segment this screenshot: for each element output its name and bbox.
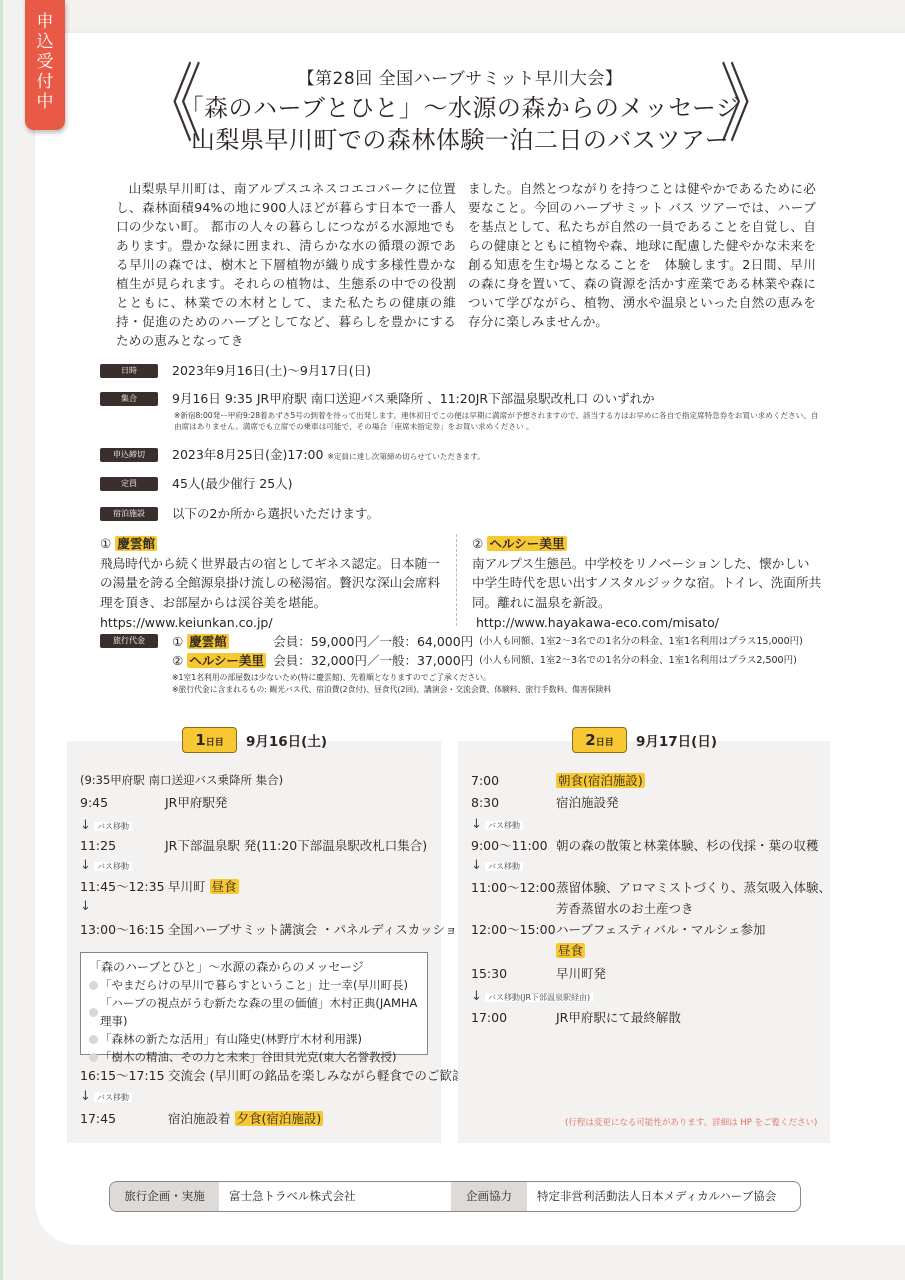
schedule-item: 7:00朝食(宿泊施設) (471, 772, 645, 790)
activity: JR下部温泉駅 発(11:20下部温泉駅改札口集合) (165, 838, 427, 853)
time: 15:30 (471, 965, 556, 983)
info-lodging: 宿泊施設 以下の2か所から選択いただけます。 (100, 505, 379, 523)
bullet-icon (89, 1053, 98, 1062)
intro-paragraph-left: 山梨県早川町は、南アルプスユネスコエコパークに位置し、森林面積94%の地に900… (116, 179, 456, 350)
time: 12:00〜15:00 (471, 921, 556, 939)
day2-header: 2日目 9月17日(日) (572, 727, 717, 753)
activity: JR甲府駅にて最終解散 (556, 1010, 681, 1025)
lodging-value: 以下の2か所から選択いただけます。 (172, 505, 379, 523)
label-badge: 旅行代金 (100, 634, 158, 648)
day-suffix: 日目 (596, 738, 614, 748)
time: 9:00〜11:00 (471, 837, 556, 855)
planner-label: 旅行企画・実施 (110, 1182, 219, 1211)
lecture-item: 「森林の新たな活用」有山隆史(林野庁木材利用課) (89, 1030, 419, 1048)
lecture-text: 「やまだらけの早川で暮らすということ」辻一幸(早川町長) (100, 976, 408, 994)
fee-section: 旅行代金 ① 慶雲館 会員：59,000円／一般：64,000円 (小人も同額、… (100, 632, 803, 696)
fee-notes: ※1室1名利用の部屋数は少ないため(特に慶雲館)、先着順となりますのでご了承くだ… (172, 672, 803, 696)
page-title: 「森のハーブとひと」〜水源の森からのメッセージ 山梨県早川町での森林体験一泊二日… (135, 92, 785, 156)
schedule-disclaimer: (行程は変更になる可能性があります。詳細は HP をご覧ください) (565, 1116, 817, 1128)
deadline-note: ※定員に達し次第締め切らせていただきます。 (327, 452, 484, 461)
hotel-number: ① (100, 536, 111, 551)
time: 17:45 (80, 1110, 168, 1128)
hotel-name: ヘルシー美里 (487, 536, 566, 551)
schedule-item: 9:00〜11:00朝の森の散策と林業体験、杉の伐採・葉の収穫 (471, 837, 819, 855)
info-capacity: 定員 45人(最少催行 25人) (100, 475, 293, 493)
info-deadline: 申込締切 2023年8月25日(金)17:00 ※定員に達し次第締め切らせていた… (100, 446, 485, 464)
coop-label: 企画協力 (451, 1182, 527, 1211)
tab-char: 申 (37, 12, 54, 32)
schedule-item: 15:30早川町発 (471, 965, 606, 983)
fee-hotel: 慶雲館 (187, 632, 273, 651)
bus-move: ↓バス移動 (80, 858, 132, 873)
down-arrow-icon: ↓ (471, 989, 485, 1004)
lecture-item: 「やまだらけの早川で暮らすということ」辻一幸(早川町長) (89, 976, 419, 994)
down-arrow-icon: ↓ (80, 1089, 94, 1104)
activity: 全国ハーブサミット講演会 ・パネルディスカッション (168, 922, 470, 937)
schedule-item: 17:45宿泊施設着 夕食(宿泊施設) (80, 1110, 323, 1128)
left-edge-strip (0, 0, 3, 1280)
meeting-block: 9月16日 9:35 JR甲府駅 南口送迎バス乗降所 、11:20JR下部温泉駅… (172, 390, 822, 432)
time: 11:25 (80, 837, 165, 855)
hotel-keiunkan: ① 慶雲館 飛鳥時代から続く世界最古の宿としてギネス認定。日本随一の湯量を誇る全… (100, 534, 450, 633)
activity: 早川町発 (556, 966, 606, 981)
footer-credits: 旅行企画・実施 富士急トラベル株式会社 企画協力 特定非営利活動法人日本メディカ… (109, 1181, 801, 1212)
info-date: 日時 2023年9月16日(土)〜9月17日(日) (100, 362, 371, 380)
time: 11:45〜12:35 (80, 878, 168, 896)
day-number: 1 (195, 731, 205, 749)
time: 8:30 (471, 794, 556, 812)
schedule-item: 8:30宿泊施設発 (471, 794, 619, 812)
day-number: 2 (585, 731, 595, 749)
activity: ハーブフェスティバル・マルシェ参加 (556, 922, 765, 937)
bullet-icon (89, 981, 98, 990)
activity: 交流会 (早川町の銘品を楽しみながら軽食でのご歓談) (168, 1068, 469, 1083)
bus-move: ↓バス移動(JR下部温泉駅経由) (471, 989, 593, 1004)
activity: 宿泊施設発 (556, 795, 619, 810)
schedule-item: 9:45JR甲府駅発 (80, 794, 227, 812)
meeting-note: ※新宿8:00発ー甲府9:28着あずさ5号の到着を待って出発します。連休初日でこ… (172, 410, 822, 432)
fee-hotel-name: ヘルシー美里 (187, 653, 266, 668)
lecture-item: 「樹木の精油、その力と未来」谷田貝光克(東大名誉教授) (89, 1048, 419, 1066)
meal-highlight: 昼食 (210, 879, 239, 894)
meal-highlight: 昼食 (556, 943, 585, 958)
hotel-healthy-misato: ② ヘルシー美里 南アルプス生態邑。中学校をリノベーションした、懐かしい中学生時… (472, 534, 822, 633)
activity: 朝の森の散策と林業体験、杉の伐採・葉の収穫 (556, 838, 819, 853)
activity-continued: 芳香蒸留水のお土産つき (556, 900, 694, 918)
fee-row: ② ヘルシー美里 会員：32,000円／一般：37,000円 (小人も同額、1室… (172, 651, 803, 670)
bus-move: ↓バス移動 (471, 817, 523, 832)
down-arrow-icon: ↓ (80, 899, 94, 914)
event-subtitle: 【第28回 全国ハーブサミット早川大会】 (135, 64, 785, 89)
hotel-number: ② (472, 536, 483, 551)
date-value: 2023年9月16日(土)〜9月17日(日) (172, 362, 371, 380)
move-label: バス移動(JR下部温泉駅経由) (485, 993, 593, 1002)
meal-line: 昼食 (556, 942, 585, 960)
day1-header: 1日目 9月16日(土) (182, 727, 327, 753)
info-meeting: 集合 9月16日 9:35 JR甲府駅 南口送迎バス乗降所 、11:20JR下部… (100, 390, 822, 432)
move-label: バス移動 (94, 1093, 132, 1102)
fee-note-line: ※1室1名利用の部屋数は少ないため(特に慶雲館)、先着順となりますのでご了承くだ… (172, 672, 803, 684)
fee-number: ② (172, 651, 183, 670)
activity: 早川町 (168, 879, 206, 894)
fee-price: 会員：59,000円／一般：64,000円 (273, 632, 473, 651)
label-badge: 集合 (100, 392, 158, 406)
day1-meeting-note: (9:35甲府駅 南口送迎バス乗降所 集合) (80, 771, 283, 789)
schedule-item: 11:00〜12:00蒸留体験、アロマミストづくり、蒸気吸入体験、 (471, 879, 831, 897)
down-arrow-icon: ↓ (471, 858, 485, 873)
lecture-text: 「森林の新たな活用」有山隆史(林野庁木材利用課) (100, 1030, 362, 1048)
move-label: バス移動 (94, 822, 132, 831)
lecture-box: 「森のハーブとひと」〜水源の森からのメッセージ 「やまだらけの早川で暮らすという… (80, 952, 428, 1055)
planner-value: 富士急トラベル株式会社 (219, 1182, 451, 1211)
hotel-url-link[interactable]: https://www.keiunkan.co.jp/ (100, 613, 450, 633)
day-badge: 2日目 (572, 727, 627, 753)
time: 13:00〜16:15 (80, 921, 168, 939)
day-badge: 1日目 (182, 727, 237, 753)
schedule-item: 13:00〜16:15全国ハーブサミット講演会 ・パネルディスカッション (80, 921, 470, 939)
move-label: バス移動 (94, 862, 132, 871)
coop-value: 特定非営利活動法人日本メディカルハーブ協会 (527, 1182, 776, 1211)
tab-char: 付 (37, 72, 54, 92)
time: 9:45 (80, 794, 165, 812)
lecture-item: 「ハーブの視点がうむ新たな森の里の価値」木村正典(JAMHA理事) (89, 994, 419, 1030)
down-arrow: ↓ (80, 899, 94, 914)
fee-hotel-name: 慶雲館 (187, 634, 229, 649)
title-block: 《 》 【第28回 全国ハーブサミット早川大会】 「森のハーブとひと」〜水源の森… (135, 57, 785, 157)
schedule-item: 17:00JR甲府駅にて最終解散 (471, 1009, 681, 1027)
title-line-1: 「森のハーブとひと」〜水源の森からのメッセージ (135, 92, 785, 124)
move-label: バス移動 (485, 862, 523, 871)
intro-paragraph-right: ました。自然とつながりを持つことは健やかであるために必要なこと。今回のハーブサミ… (468, 179, 816, 331)
fee-rows: ① 慶雲館 会員：59,000円／一般：64,000円 (小人も同額、1室2〜3… (172, 632, 803, 696)
label-badge: 定員 (100, 477, 158, 491)
down-arrow-icon: ↓ (471, 817, 485, 832)
dashed-divider (456, 534, 457, 626)
label-badge: 申込締切 (100, 448, 158, 462)
fee-note: (小人も同額、1室2〜3名での1名分の料金、1室1名利用はプラス15,000円) (479, 632, 803, 651)
capacity-value: 45人(最少催行 25人) (172, 475, 293, 493)
time: 17:00 (471, 1009, 556, 1027)
lecture-text: 「樹木の精油、その力と未来」谷田貝光克(東大名誉教授) (100, 1048, 396, 1066)
hotel-description: 南アルプス生態邑。中学校をリノベーションした、懐かしい中学生時代を思い出すノスタ… (472, 554, 822, 613)
schedule-item: 16:15〜17:15交流会 (早川町の銘品を楽しみながら軽食でのご歓談) (80, 1067, 469, 1085)
schedule-item: 12:00〜15:00ハーブフェスティバル・マルシェ参加 (471, 921, 765, 939)
bullet-icon (89, 1035, 98, 1044)
lecture-text: 「ハーブの視点がうむ新たな森の里の価値」木村正典(JAMHA理事) (100, 994, 419, 1030)
tab-char: 受 (37, 52, 54, 72)
tab-char: 中 (37, 92, 54, 112)
time: 16:15〜17:15 (80, 1067, 168, 1085)
hotel-description: 飛鳥時代から続く世界最古の宿としてギネス認定。日本随一の湯量を誇る全館源泉掛け流… (100, 554, 450, 613)
meeting-value: 9月16日 9:35 JR甲府駅 南口送迎バス乗降所 、11:20JR下部温泉駅… (172, 390, 822, 408)
meal-highlight: 夕食(宿泊施設) (235, 1111, 324, 1126)
meal-highlight: 朝食(宿泊施設) (556, 773, 645, 788)
schedule-item: 11:45〜12:35早川町 昼食 (80, 878, 239, 896)
down-arrow-icon: ↓ (80, 858, 94, 873)
activity: 宿泊施設着 (168, 1111, 231, 1126)
bullet-icon (89, 1008, 98, 1017)
application-open-tab: 申 込 受 付 中 (25, 0, 65, 130)
hotel-url-link[interactable]: http://www.hayakawa-eco.com/misato/ (472, 613, 822, 633)
activity: JR甲府駅発 (165, 795, 227, 810)
fee-price: 会員：32,000円／一般：37,000円 (273, 651, 473, 670)
bus-move: ↓バス移動 (80, 818, 132, 833)
label-badge: 宿泊施設 (100, 507, 158, 521)
move-label: バス移動 (485, 821, 523, 830)
fee-row: ① 慶雲館 会員：59,000円／一般：64,000円 (小人も同額、1室2〜3… (172, 632, 803, 651)
label-badge: 日時 (100, 364, 158, 378)
time: 7:00 (471, 772, 556, 790)
fee-note: (小人も同額、1室2〜3名での1名分の料金、1室1名利用はプラス2,500円) (479, 651, 797, 670)
hotel-heading: ① 慶雲館 (100, 534, 450, 554)
bus-move: ↓バス移動 (471, 858, 523, 873)
lecture-title: 「森のハーブとひと」〜水源の森からのメッセージ (89, 958, 419, 976)
day-suffix: 日目 (206, 738, 224, 748)
day-date: 9月16日(土) (246, 730, 327, 750)
deadline-date: 2023年8月25日(金)17:00 (172, 447, 323, 462)
fee-note-line: ※旅行代金に含まれるもの: 観光バス代、宿泊費(2食付)、昼食代(2回)、講演会… (172, 684, 803, 696)
title-line-2: 山梨県早川町での森林体験一泊二日のバスツアー (135, 124, 785, 156)
schedule-item: 11:25JR下部温泉駅 発(11:20下部温泉駅改札口集合) (80, 837, 427, 855)
day-date: 9月17日(日) (636, 730, 717, 750)
hotel-name: 慶雲館 (115, 536, 157, 551)
fee-number: ① (172, 632, 183, 651)
bus-move: ↓バス移動 (80, 1089, 132, 1104)
activity: 蒸留体験、アロマミストづくり、蒸気吸入体験、 (556, 880, 831, 895)
fee-layout: 旅行代金 ① 慶雲館 会員：59,000円／一般：64,000円 (小人も同額、… (100, 632, 803, 696)
deadline-value: 2023年8月25日(金)17:00 ※定員に達し次第締め切らせていただきます。 (172, 446, 485, 464)
down-arrow-icon: ↓ (80, 818, 94, 833)
time: 11:00〜12:00 (471, 879, 556, 897)
fee-hotel: ヘルシー美里 (187, 651, 273, 670)
hotel-heading: ② ヘルシー美里 (472, 534, 822, 554)
tab-char: 込 (37, 32, 54, 52)
